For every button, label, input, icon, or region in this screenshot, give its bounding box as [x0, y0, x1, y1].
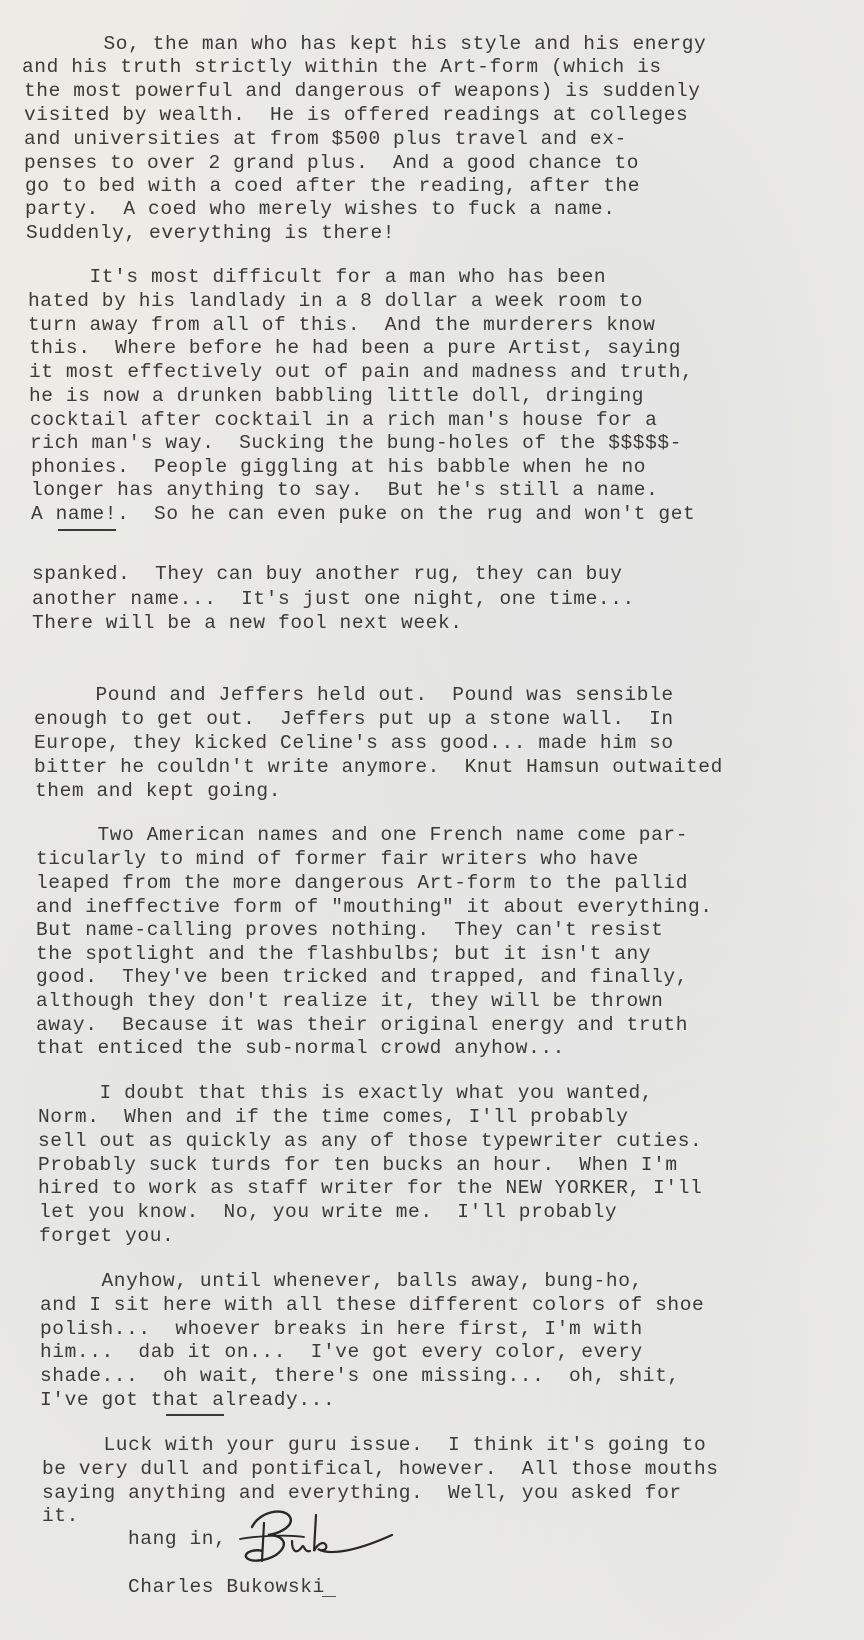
text-line: visited by wealth. He is offered reading… — [24, 104, 688, 126]
text-line: enough to get out. Jeffers put up a ston… — [34, 708, 674, 730]
text-line: this. Where before he had been a pure Ar… — [29, 337, 681, 359]
text-line: another name... It's just one night, one… — [32, 588, 635, 610]
handwritten-signature — [232, 1505, 412, 1575]
text-line: it most effectively out of pain and madn… — [29, 361, 693, 383]
text-line: let you know. No, you write me. I'll pro… — [39, 1201, 617, 1223]
text-line: Two American names and one French name c… — [36, 824, 688, 846]
text-line: turn away from all of this. And the murd… — [28, 314, 655, 336]
text-line: and ineffective form of "mouthing" it ab… — [36, 896, 713, 918]
text-line: good. They've been tricked and trapped, … — [36, 966, 688, 988]
typed-signature: Charles Bukowski — [128, 1576, 325, 1598]
text-line: the most powerful and dangerous of weapo… — [24, 80, 701, 102]
text-line: although they don't realize it, they wil… — [36, 990, 663, 1012]
text-line: Pound and Jeffers held out. Pound was se… — [34, 684, 674, 706]
closing-text: hang in, — [128, 1528, 226, 1550]
text-line: So, the man who has kept his style and h… — [42, 33, 706, 55]
text-line: Norm. When and if the time comes, I'll p… — [38, 1106, 629, 1128]
text-line-with-underline: A name!. So he can even puke on the rug … — [31, 503, 695, 525]
text-line: be very dull and pontifical, however. Al… — [42, 1458, 719, 1480]
text-line: him... dab it on... I've got every color… — [40, 1341, 643, 1363]
text-line: it. — [42, 1505, 79, 1527]
text-line: and I sit here with all these different … — [40, 1294, 704, 1316]
text-line: and his truth strictly within the Art-fo… — [22, 56, 662, 78]
text-line: forget you. — [39, 1225, 174, 1247]
text-line: Anyhow, until whenever, balls away, bung… — [40, 1270, 643, 1292]
text-line: party. A coed who merely wishes to fuck … — [25, 198, 616, 220]
text-line: Probably suck turds for ten bucks an hou… — [38, 1154, 678, 1176]
text-line: penses to over 2 grand plus. And a good … — [24, 152, 639, 174]
text-line: Europe, they kicked Celine's ass good...… — [34, 732, 674, 754]
underline-name — [58, 529, 116, 531]
text-line: and universities at from $500 plus trave… — [24, 128, 627, 150]
underline-that — [166, 1414, 224, 1416]
small-mark — [322, 1596, 336, 1597]
text-line: Suddenly, everything is there! — [26, 222, 395, 244]
text-line: polish... whoever breaks in here first, … — [40, 1318, 643, 1340]
text-line-with-underline: I've got that already... — [40, 1389, 335, 1411]
text-line: bitter he couldn't write anymore. Knut H… — [34, 756, 723, 778]
text-line: There will be a new fool next week. — [32, 612, 463, 634]
text-line: shade... oh wait, there's one missing...… — [40, 1365, 680, 1387]
text-line: sell out as quickly as any of those type… — [38, 1130, 702, 1152]
text-line: hated by his landlady in a 8 dollar a we… — [28, 290, 643, 312]
text-line: ticularly to mind of former fair writers… — [36, 848, 639, 870]
text-line: that enticed the sub-normal crowd anyhow… — [36, 1037, 565, 1059]
text-line: longer has anything to say. But he's sti… — [31, 479, 658, 501]
text-line: go to bed with a coed after the reading,… — [25, 175, 640, 197]
text-line: Luck with your guru issue. I think it's … — [42, 1434, 706, 1456]
text-line: saying anything and everything. Well, yo… — [42, 1482, 682, 1504]
text-line: them and kept going. — [35, 780, 281, 802]
text-line: It's most difficult for a man who has be… — [28, 266, 606, 288]
text-line: phonies. People giggling at his babble w… — [31, 456, 646, 478]
text-line: But name-calling proves nothing. They ca… — [36, 919, 663, 941]
text-line: he is now a drunken babbling little doll… — [29, 385, 644, 407]
text-line: leaped from the more dangerous Art-form … — [36, 872, 688, 894]
text-line: hired to work as staff writer for the NE… — [38, 1177, 702, 1199]
text-line: rich man's way. Sucking the bung-holes o… — [30, 432, 682, 454]
text-line: the spotlight and the flashbulbs; but it… — [36, 943, 651, 965]
text-line: spanked. They can buy another rug, they … — [32, 563, 623, 585]
letter-page: So, the man who has kept his style and h… — [0, 0, 864, 1640]
text-line: away. Because it was their original ener… — [36, 1014, 688, 1036]
text-line: I doubt that this is exactly what you wa… — [38, 1082, 653, 1104]
text-line: cocktail after cocktail in a rich man's … — [30, 409, 657, 431]
